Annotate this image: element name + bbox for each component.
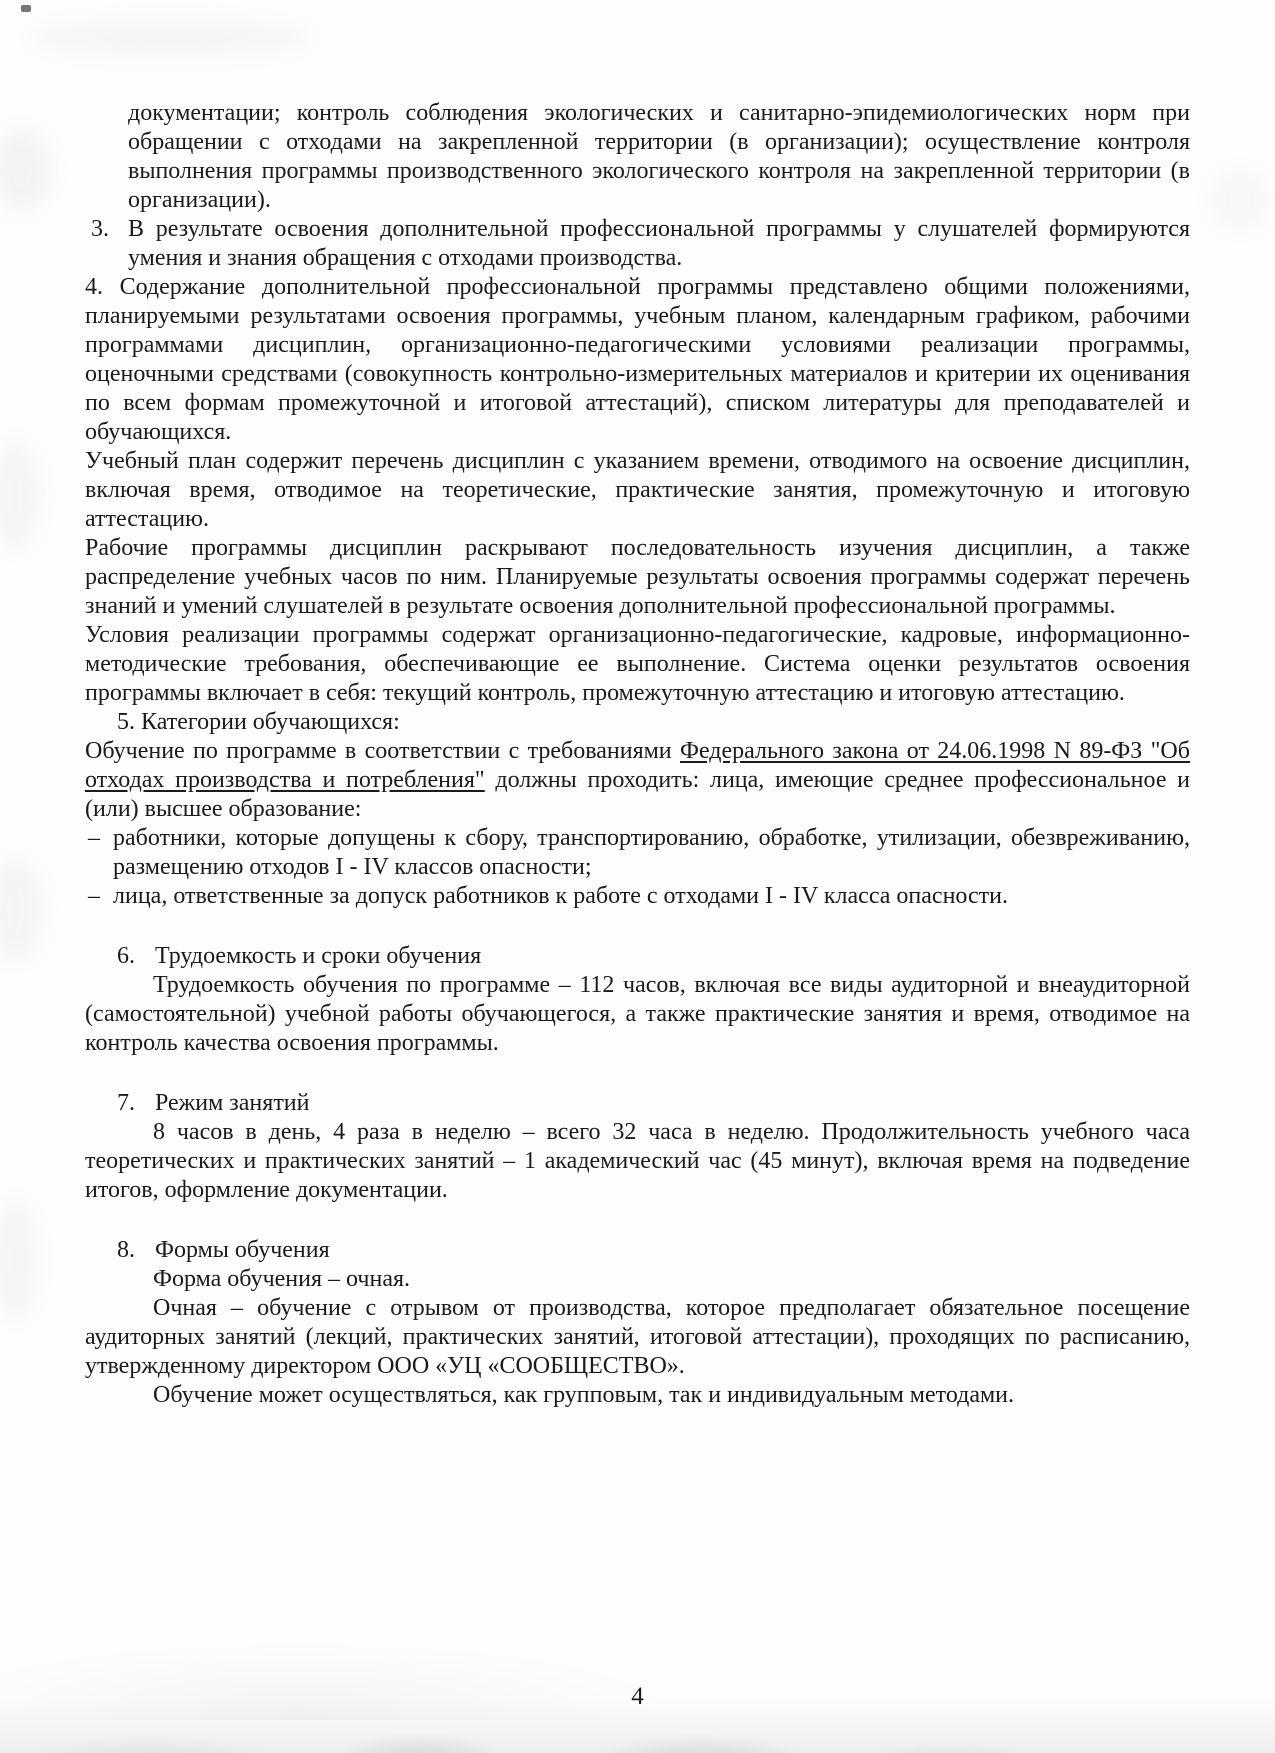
heading-5-categories: 5. Категории обучающихся:	[85, 708, 1190, 737]
paragraph-work-programs: Рабочие программы дисциплин раскрывают п…	[85, 534, 1190, 621]
scan-smudge	[0, 860, 43, 960]
categories-list: – работники, которые допущены к сбору, т…	[85, 824, 1190, 911]
dash-marker: –	[88, 882, 100, 911]
section-7-paragraph: 8 часов в день, 4 раза в неделю – всего …	[85, 1118, 1190, 1205]
section-8-paragraph-ochnaya: Очная – обучение с отрывом от производст…	[85, 1294, 1190, 1381]
section-8-paragraph-methods: Обучение может осуществляться, как групп…	[85, 1381, 1190, 1410]
paragraph-5-before-link: Обучение по программе в соответствии с т…	[85, 738, 680, 764]
scan-smudge	[0, 440, 40, 550]
scan-smudge	[0, 1200, 38, 1320]
section-8-number: 8.	[117, 1236, 135, 1265]
list-item: – работники, которые допущены к сбору, т…	[85, 824, 1190, 882]
paragraph-conditions: Условия реализации программы содержат ор…	[85, 621, 1190, 708]
paragraph-curriculum: Учебный план содержит перечень дисциплин…	[85, 447, 1190, 534]
section-8-paragraph-form: Форма обучения – очная.	[85, 1265, 1190, 1294]
section-8-title: Формы обучения	[155, 1237, 330, 1263]
section-7-number: 7.	[117, 1089, 135, 1118]
section-6-heading: 6. Трудоемкость и сроки обучения	[85, 942, 1190, 971]
item-3-text: В результате освоения дополнительной про…	[128, 215, 1190, 273]
section-7: 7. Режим занятий 8 часов в день, 4 раза …	[85, 1089, 1190, 1205]
item-3-number: 3.	[91, 215, 109, 244]
section-7-title: Режим занятий	[155, 1090, 310, 1116]
document-body: документации; контроль соблюдения эколог…	[85, 99, 1190, 1410]
scan-speck	[21, 5, 31, 12]
list-item: – лица, ответственные за допуск работник…	[85, 882, 1190, 911]
dash-marker: –	[88, 824, 100, 853]
section-6-title: Трудоемкость и сроки обучения	[155, 943, 481, 969]
scan-smudge	[0, 130, 52, 210]
section-8: 8. Формы обучения Форма обучения – очная…	[85, 1236, 1190, 1410]
section-6-paragraph: Трудоемкость обучения по программе – 112…	[85, 971, 1190, 1058]
section-7-heading: 7. Режим занятий	[85, 1089, 1190, 1118]
section-8-heading: 8. Формы обучения	[85, 1236, 1190, 1265]
page-number: 4	[0, 1682, 1275, 1711]
section-6-number: 6.	[117, 942, 135, 971]
paragraph-5-text: Обучение по программе в соответствии с т…	[85, 737, 1190, 824]
numbered-item-3: 3. В результате освоения дополнительной …	[85, 215, 1190, 273]
list-item-text: работники, которые допущены к сбору, тра…	[113, 825, 1190, 880]
paragraph-4-content: 4. Содержание дополнительной профессиона…	[85, 273, 1190, 447]
scan-smudge	[1210, 170, 1270, 230]
scan-smudge	[30, 18, 310, 58]
scanned-document-page: документации; контроль соблюдения эколог…	[0, 0, 1275, 1753]
section-6: 6. Трудоемкость и сроки обучения Трудоем…	[85, 942, 1190, 1058]
list-item-text: лица, ответственные за допуск работников…	[113, 883, 1008, 909]
continuation-paragraph: документации; контроль соблюдения эколог…	[85, 99, 1190, 215]
